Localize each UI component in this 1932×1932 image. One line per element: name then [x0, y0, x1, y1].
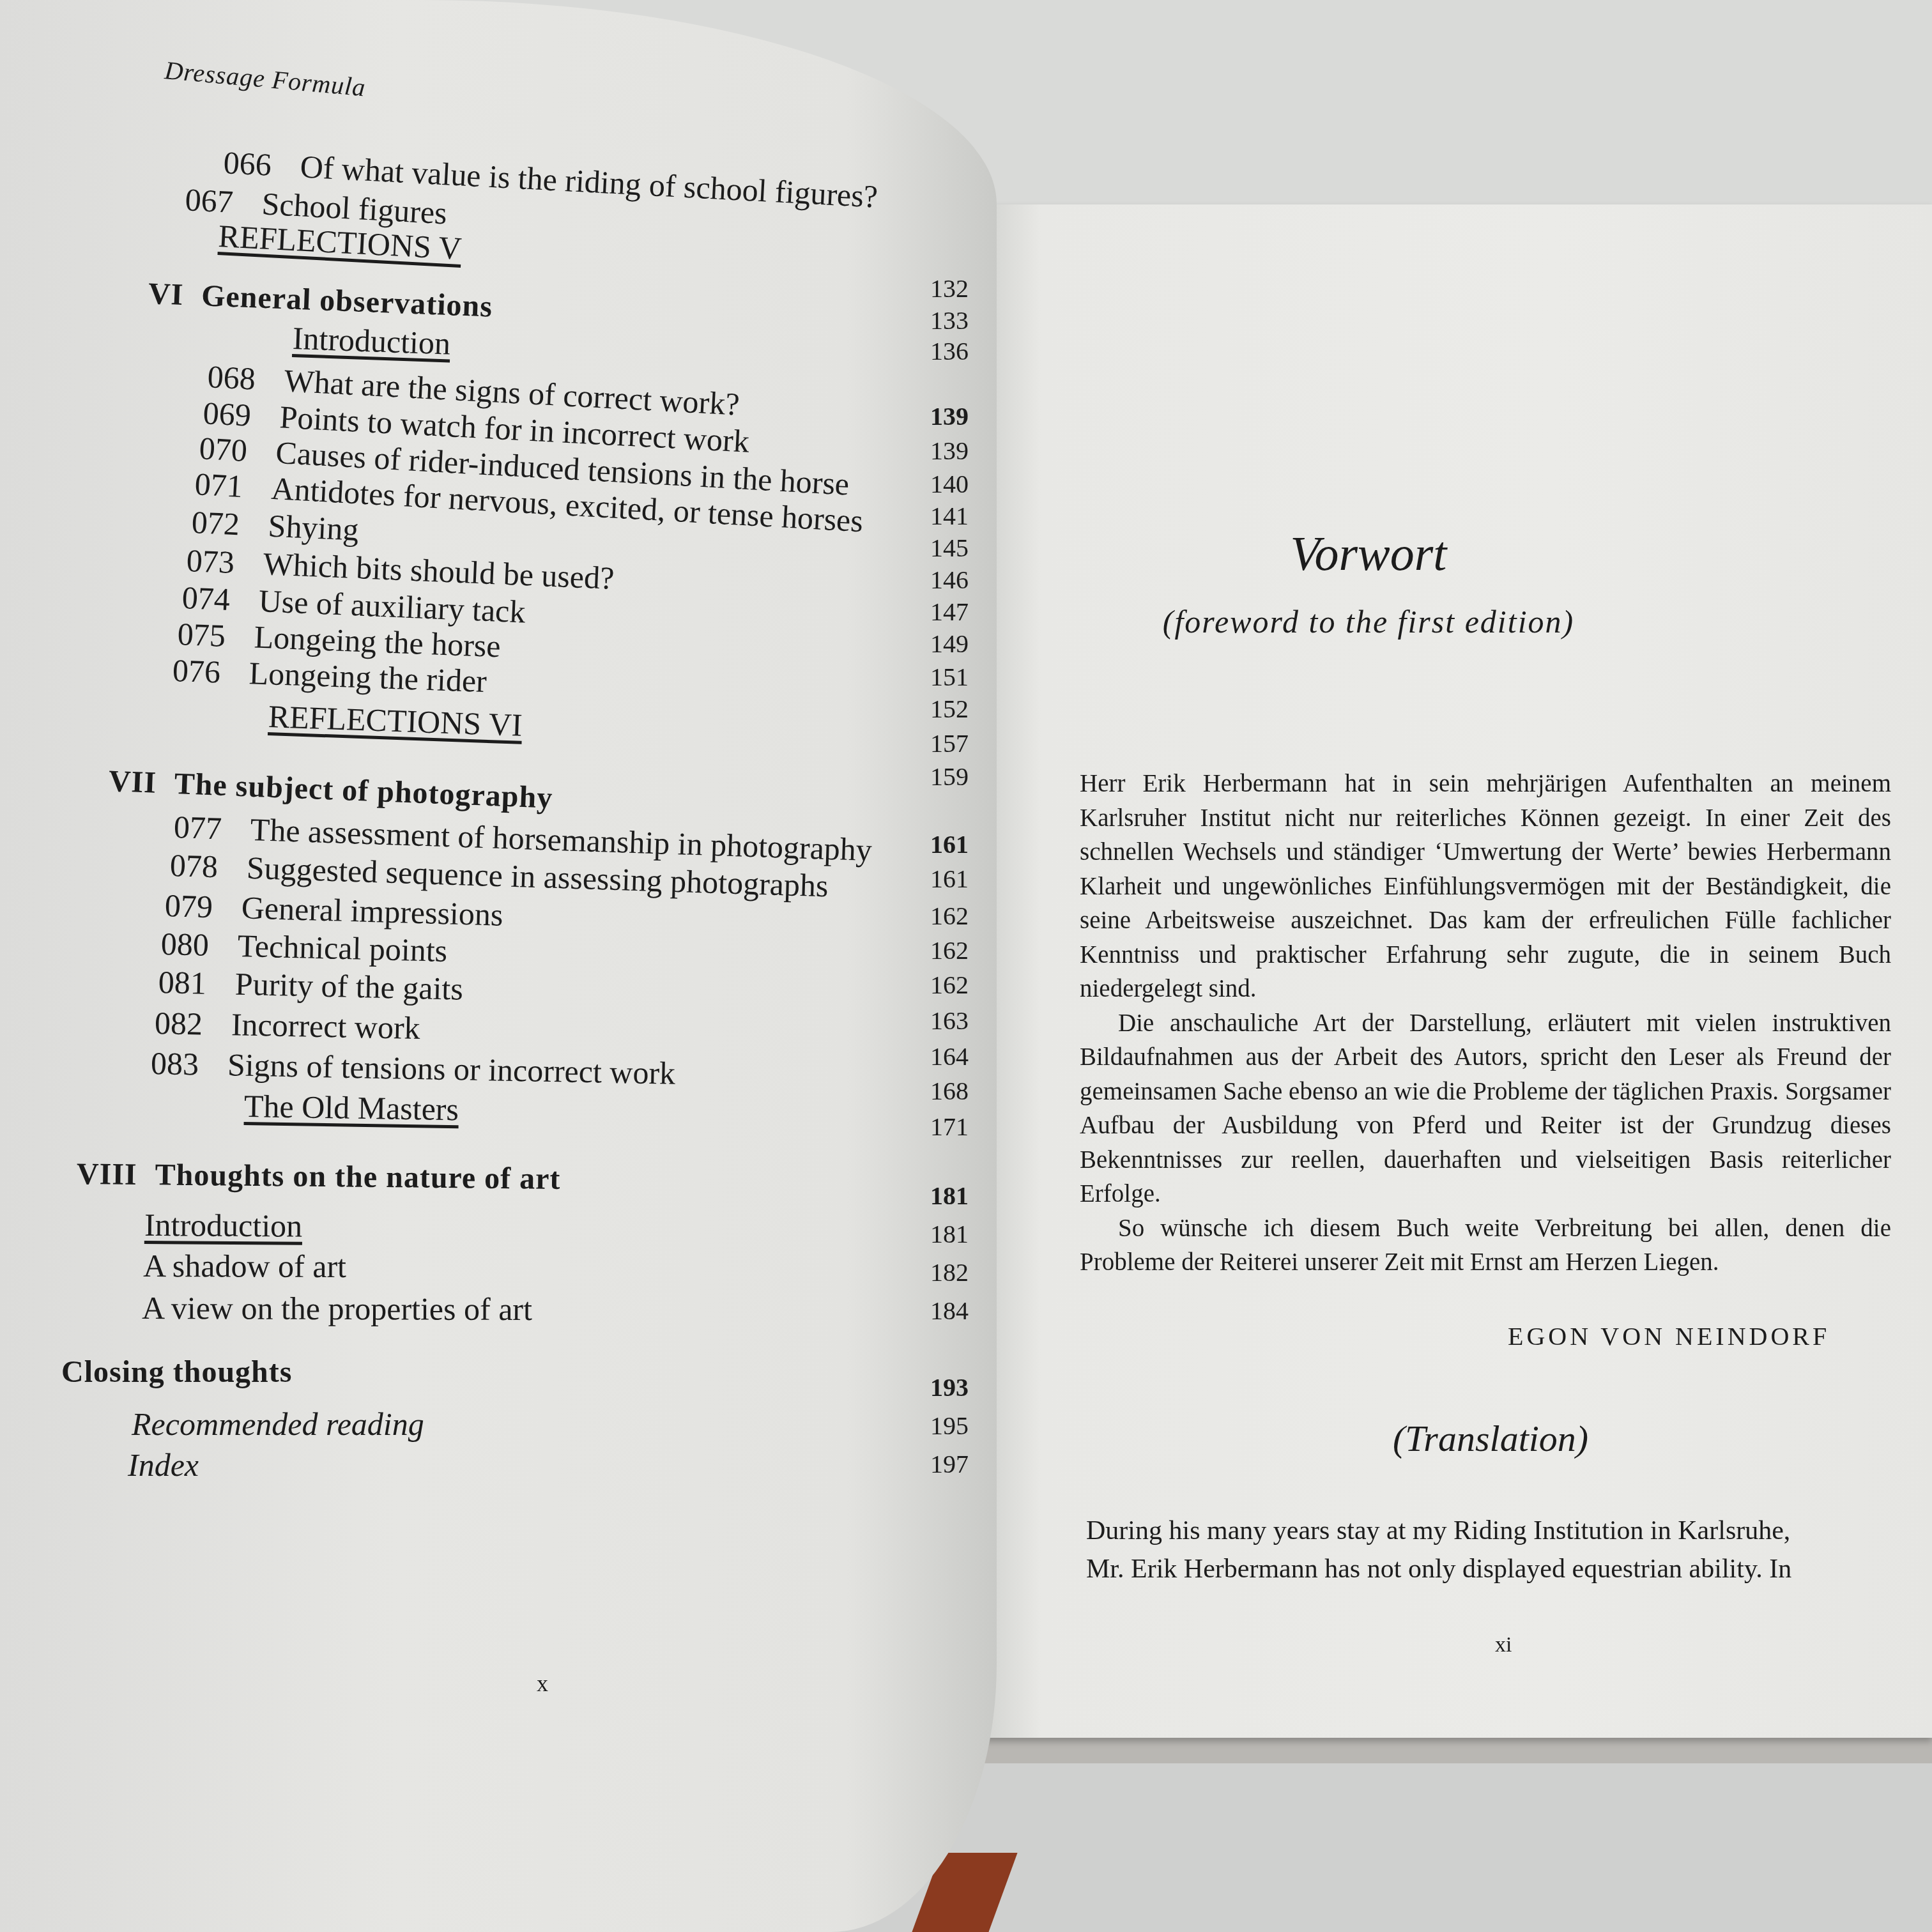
- toc-page-number: 193: [930, 1372, 969, 1402]
- toc-entry-title: Incorrect work: [231, 1006, 420, 1046]
- german-foreword-text: Herr Erik Herbermann hat in sein mehrjär…: [1080, 767, 1891, 1280]
- toc-page-number: 147: [930, 597, 969, 627]
- toc-section-heading: VIGeneral observations: [148, 276, 493, 325]
- toc-section-heading: VIIIThoughts on the nature of art: [77, 1156, 561, 1197]
- toc-entry-title: Shying: [268, 507, 360, 547]
- toc-page-number: 133: [930, 305, 969, 335]
- toc-page-number: 146: [930, 565, 969, 595]
- toc-section-numeral: VIII: [77, 1156, 137, 1192]
- toc-page-number: 163: [930, 1006, 969, 1036]
- toc-entry-number: 067: [184, 181, 263, 222]
- toc-entry: The Old Masters: [244, 1087, 459, 1128]
- toc-page-number: 182: [930, 1257, 969, 1287]
- toc-entry-title: Introduction: [144, 1207, 303, 1244]
- toc-entry-title: Purity of the gaits: [234, 966, 463, 1007]
- toc-entry-number: 081: [158, 963, 235, 1002]
- toc-page-number: 184: [930, 1296, 969, 1326]
- toc-entry-number: 069: [202, 394, 280, 435]
- toc-page-number: 164: [930, 1041, 969, 1071]
- toc-entry-number: 075: [177, 615, 255, 655]
- toc-page-number: 145: [930, 533, 969, 563]
- toc-entry: Index: [128, 1446, 199, 1483]
- toc-page-number: 141: [930, 501, 969, 531]
- toc-entry-title: Signs of tensions or incorrect work: [227, 1046, 675, 1091]
- toc-entry-number: 070: [198, 429, 277, 471]
- toc-entry: Introduction: [292, 319, 451, 362]
- toc-page-number: 161: [930, 829, 969, 859]
- toc-entry: 080Technical points: [160, 925, 448, 969]
- signature: EGON VON NEINDORF: [1508, 1321, 1830, 1351]
- toc-page-number: 151: [930, 662, 969, 692]
- toc-entry: 081Purity of the gaits: [158, 963, 463, 1008]
- toc-page-number: 162: [930, 935, 969, 965]
- toc-entry: Recommended reading: [132, 1406, 424, 1443]
- toc-page-number: 136: [930, 336, 969, 366]
- toc-entry: 083Signs of tensions or incorrect work: [150, 1045, 675, 1092]
- toc-entry-title: Longeing the rider: [249, 655, 487, 699]
- page-number: x: [537, 1670, 548, 1697]
- toc-entry-title: General impressions: [241, 889, 503, 932]
- toc-page-number: 171: [930, 1112, 969, 1142]
- toc-entry-number: 071: [194, 465, 272, 507]
- toc-entry-number: 066: [222, 144, 301, 185]
- toc-section-numeral: VI: [148, 276, 184, 312]
- toc-page-number: 168: [930, 1076, 969, 1106]
- left-page: Dressage Formula 066Of what value is the…: [0, 0, 997, 1932]
- english-translation-text: During his many years stay at my Riding …: [1086, 1512, 1932, 1588]
- toc-section-numeral: VII: [108, 763, 157, 801]
- english-line: During his many years stay at my Riding …: [1086, 1512, 1932, 1550]
- toc-page-number: 159: [930, 762, 969, 792]
- toc-page-number: 162: [930, 901, 969, 931]
- toc-entry-title: Introduction: [292, 320, 451, 362]
- toc-entry: A view on the properties of art: [142, 1289, 532, 1328]
- german-paragraph: Die anschauliche Art der Darstellung, er…: [1080, 1006, 1891, 1211]
- toc-page-number: 140: [930, 469, 969, 499]
- toc-page-number: 162: [930, 970, 969, 1000]
- english-line: Mr. Erik Herbermann has not only display…: [1086, 1550, 1932, 1588]
- toc-entry-number: 072: [191, 503, 270, 544]
- toc-entry: REFLECTIONS VI: [268, 698, 523, 744]
- toc-entry-title: Thoughts on the nature of art: [155, 1158, 560, 1196]
- toc-entry-title: General observations: [201, 279, 493, 323]
- toc-entry: Introduction: [144, 1206, 303, 1245]
- toc-entry-title: The Old Masters: [244, 1088, 459, 1127]
- toc-page-number: 195: [930, 1411, 969, 1441]
- toc-entry-number: 068: [206, 358, 285, 399]
- foreword-subtitle: (foreword to the first edition): [894, 603, 1843, 640]
- toc-page-number: 149: [930, 629, 969, 659]
- toc-page-number: 139: [930, 436, 969, 466]
- toc-entry-title: REFLECTIONS VI: [268, 698, 523, 743]
- toc-entry-number: 078: [169, 847, 247, 886]
- toc-entry-number: 079: [164, 887, 242, 926]
- toc-entry-title: The subject of photography: [174, 767, 553, 815]
- toc-entry-number: 080: [160, 925, 238, 964]
- toc-page-number: 181: [930, 1181, 969, 1211]
- toc-entry: A shadow of art: [143, 1247, 346, 1285]
- page-number: xi: [1495, 1633, 1512, 1657]
- toc-page-number: 161: [930, 864, 969, 894]
- book-cover-edge: [958, 1738, 1932, 1763]
- toc-entry-title: Technical points: [237, 928, 448, 969]
- toc-entry-number: 074: [181, 579, 259, 619]
- toc-page-number: 157: [930, 728, 969, 758]
- toc-section-heading: Closing thoughts: [61, 1354, 292, 1390]
- toc-page-number: 197: [930, 1449, 969, 1479]
- running-head: Dressage Formula: [164, 55, 367, 102]
- toc-entry-number: 083: [150, 1045, 227, 1083]
- toc-entry-number: 073: [186, 542, 264, 582]
- toc-entry-title: Recommended reading: [132, 1406, 424, 1442]
- toc-entry-number: 077: [173, 808, 251, 848]
- foreword-title: Vorwort: [894, 526, 1843, 582]
- toc-entry-number: 082: [154, 1004, 231, 1043]
- right-page: Vorwort (foreword to the first edition) …: [984, 204, 1932, 1738]
- toc-entry: 072Shying: [191, 503, 360, 548]
- toc-entry-title: A view on the properties of art: [142, 1290, 532, 1327]
- toc-page-number: 139: [930, 401, 969, 431]
- toc-entry-number: 076: [172, 652, 250, 691]
- toc-entry-title: Closing thoughts: [61, 1355, 292, 1389]
- german-paragraph: Herr Erik Herbermann hat in sein mehrjär…: [1080, 767, 1891, 1006]
- toc-entry-title: A shadow of art: [143, 1248, 346, 1284]
- translation-heading: (Translation): [1393, 1417, 1588, 1460]
- toc-entry: 082Incorrect work: [154, 1004, 420, 1046]
- german-paragraph: So wünsche ich diesem Buch weite Verbrei…: [1080, 1211, 1891, 1280]
- toc-page-number: 181: [930, 1219, 969, 1249]
- toc-page-number: 152: [930, 694, 969, 724]
- toc-entry-title: Index: [128, 1447, 199, 1483]
- toc-page-number: 132: [930, 273, 969, 303]
